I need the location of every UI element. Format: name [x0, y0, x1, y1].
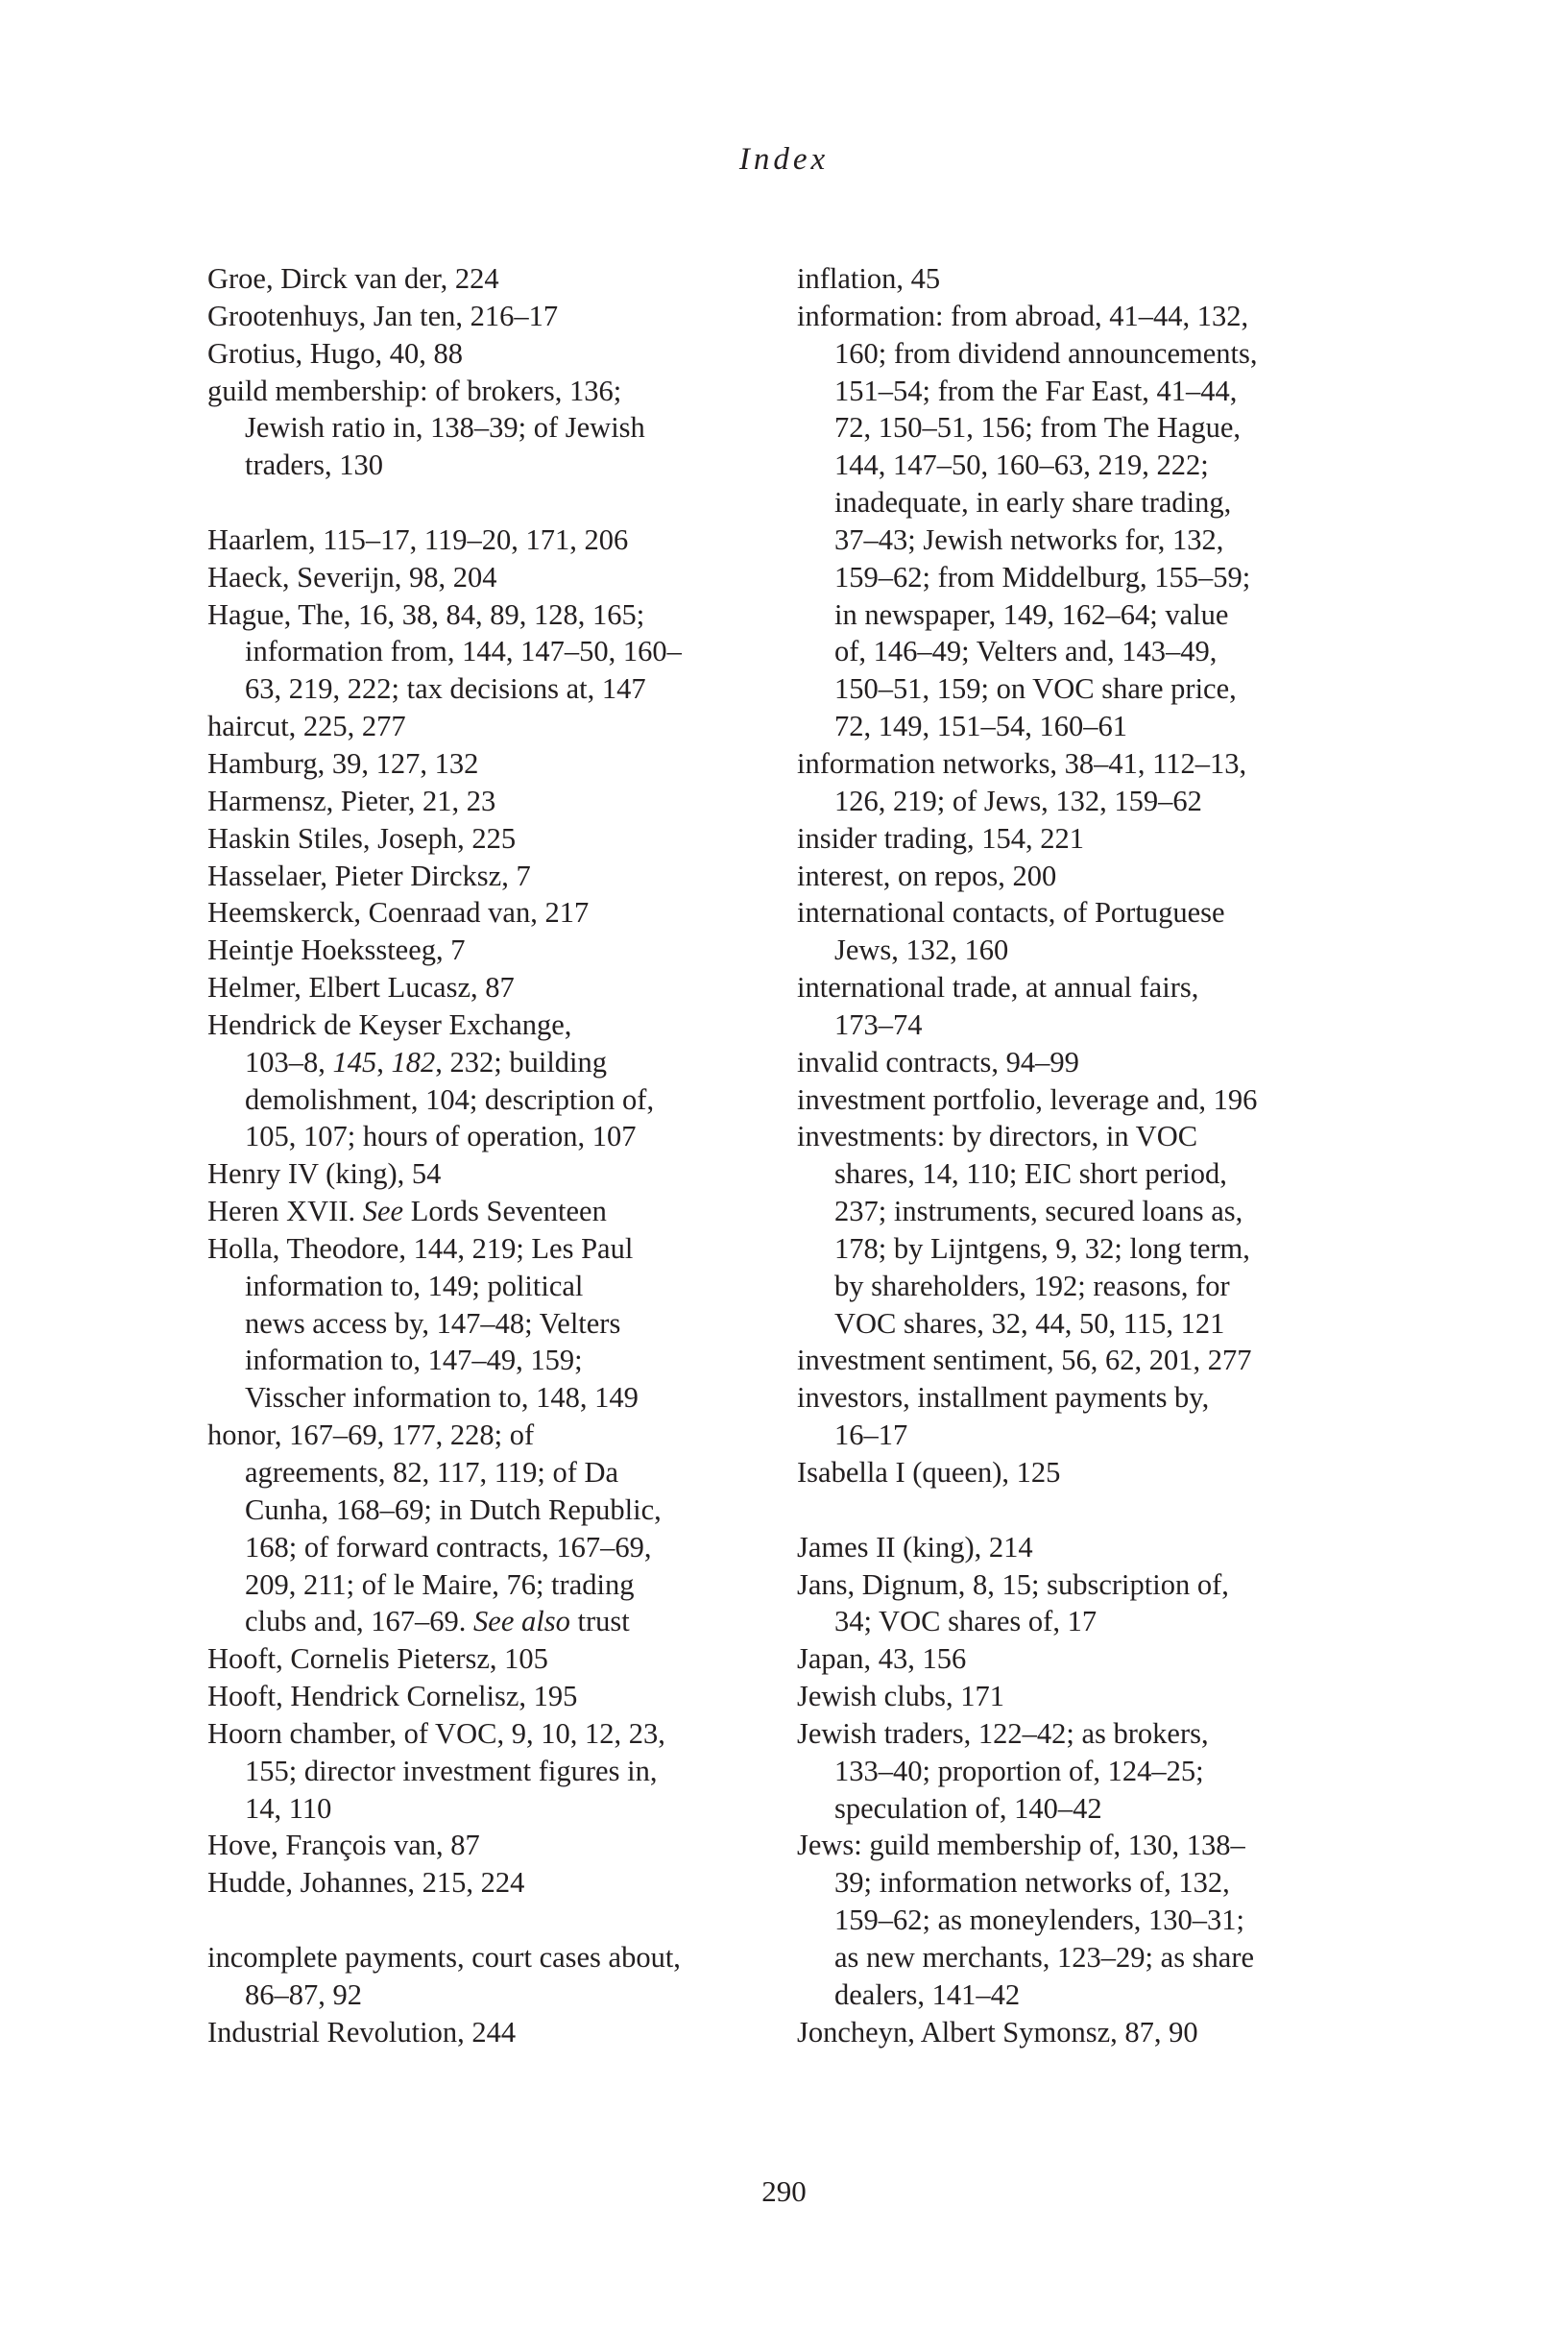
text: of, 146–49; Velters and, 143–49, — [834, 635, 1217, 667]
text: Hendrick de Keyser Exchange, — [207, 1008, 571, 1041]
text: Helmer, Elbert Lucasz, 87 — [207, 971, 515, 1004]
text: 178; by Lijntgens, 9, 32; long term, — [834, 1232, 1250, 1265]
index-entry-headword-line: Jewish clubs, 171 — [797, 1678, 1373, 1715]
text: incomplete payments, court cases about, — [207, 1941, 681, 1974]
text: 34; VOC shares of, 17 — [834, 1605, 1097, 1637]
index-column-right: inflation, 45information: from abroad, 4… — [797, 260, 1373, 2051]
index-entry: Helmer, Elbert Lucasz, 87 — [207, 969, 784, 1006]
index-entry: James II (king), 214 — [797, 1529, 1373, 1566]
index-entry-continuation-line: VOC shares, 32, 44, 50, 115, 121 — [797, 1305, 1373, 1343]
index-entry-headword-line: Hove, François van, 87 — [207, 1827, 784, 1864]
index-entry: Heren XVII. See Lords Seventeen — [207, 1193, 784, 1230]
index-entry: Isabella I (queen), 125 — [797, 1454, 1373, 1491]
index-entry: Hoorn chamber, of VOC, 9, 10, 12, 23,155… — [207, 1715, 784, 1828]
index-entry-continuation-line: 168; of forward contracts, 167–69, — [207, 1529, 784, 1566]
index-entry-continuation-line: 16–17 — [797, 1417, 1373, 1454]
index-entry-headword-line: Hooft, Hendrick Cornelisz, 195 — [207, 1678, 784, 1715]
index-entry-continuation-line: information to, 149; political — [207, 1268, 784, 1305]
text: , — [376, 1046, 391, 1079]
text: 159–62; from Middelburg, 155–59; — [834, 561, 1250, 594]
text: Harmensz, Pieter, 21, 23 — [207, 785, 495, 817]
index-entry-continuation-line: news access by, 147–48; Velters — [207, 1305, 784, 1343]
index-entry: information: from abroad, 41–44, 132,160… — [797, 298, 1373, 745]
index-entry: Jans, Dignum, 8, 15; subscription of,34;… — [797, 1566, 1373, 1641]
text: in newspaper, 149, 162–64; value — [834, 598, 1228, 631]
text: Hamburg, 39, 127, 132 — [207, 747, 478, 780]
index-entry-headword-line: Heren XVII. See Lords Seventeen — [207, 1193, 784, 1230]
text: 209, 211; of le Maire, 76; trading — [245, 1568, 634, 1601]
text: 159–62; as moneylenders, 130–31; — [834, 1903, 1244, 1936]
index-entry-headword-line: Helmer, Elbert Lucasz, 87 — [207, 969, 784, 1006]
text: 86–87, 92 — [245, 1978, 362, 2011]
index-entry-continuation-line: Jews, 132, 160 — [797, 932, 1373, 969]
index-entry: investment portfolio, leverage and, 196 — [797, 1081, 1373, 1119]
index-entry-headword-line: Grootenhuys, Jan ten, 216–17 — [207, 298, 784, 335]
index-entry: Grootenhuys, Jan ten, 216–17 — [207, 298, 784, 335]
text: trust — [570, 1605, 630, 1637]
italic-text: See — [363, 1195, 403, 1227]
index-entry: Jewish clubs, 171 — [797, 1678, 1373, 1715]
text: traders, 130 — [245, 449, 383, 481]
text: Hudde, Johannes, 215, 224 — [207, 1866, 524, 1899]
index-entry-continuation-line: shares, 14, 110; EIC short period, — [797, 1155, 1373, 1193]
text: 39; information networks of, 132, — [834, 1866, 1230, 1899]
index-entry-headword-line: Haskin Stiles, Joseph, 225 — [207, 820, 784, 858]
index-entry: international trade, at annual fairs,173… — [797, 969, 1373, 1044]
index-entry-continuation-line: 34; VOC shares of, 17 — [797, 1603, 1373, 1640]
text: 105, 107; hours of operation, 107 — [245, 1120, 636, 1152]
text: Haeck, Severijn, 98, 204 — [207, 561, 497, 594]
text: 126, 219; of Jews, 132, 159–62 — [834, 785, 1202, 817]
index-entry: Joncheyn, Albert Symonsz, 87, 90 — [797, 2014, 1373, 2051]
text: dealers, 141–42 — [834, 1978, 1020, 2011]
index-entry: haircut, 225, 277 — [207, 708, 784, 745]
text: Cunha, 168–69; in Dutch Republic, — [245, 1493, 662, 1526]
index-entry: Grotius, Hugo, 40, 88 — [207, 335, 784, 373]
index-entry-continuation-line: inadequate, in early share trading, — [797, 484, 1373, 521]
text: Jews, 132, 160 — [834, 934, 1008, 966]
index-entry-headword-line: invalid contracts, 94–99 — [797, 1044, 1373, 1081]
text: investments: by directors, in VOC — [797, 1120, 1197, 1152]
text: Hoorn chamber, of VOC, 9, 10, 12, 23, — [207, 1717, 665, 1750]
index-entry-continuation-line: 155; director investment figures in, — [207, 1753, 784, 1790]
index-entry-headword-line: Isabella I (queen), 125 — [797, 1454, 1373, 1491]
index-entry-headword-line: insider trading, 154, 221 — [797, 820, 1373, 858]
text: Lords Seventeen — [403, 1195, 607, 1227]
index-entry-continuation-line: Visscher information to, 148, 149 — [207, 1379, 784, 1417]
text: Jewish ratio in, 138–39; of Jewish — [245, 411, 645, 444]
text: , 232; building — [435, 1046, 607, 1079]
index-entry-continuation-line: 39; information networks of, 132, — [797, 1864, 1373, 1902]
index-entry: Japan, 43, 156 — [797, 1640, 1373, 1678]
text: Groe, Dirck van der, 224 — [207, 262, 499, 295]
italic-text: See also — [473, 1605, 570, 1637]
page-number: 290 — [0, 2172, 1568, 2211]
text: 150–51, 159; on VOC share price, — [834, 672, 1237, 705]
text: by shareholders, 192; reasons, for — [834, 1270, 1230, 1302]
text: 144, 147–50, 160–63, 219, 222; — [834, 449, 1209, 481]
text: 14, 110 — [245, 1792, 331, 1825]
index-entry: international contacts, of PortugueseJew… — [797, 894, 1373, 969]
index-entry: Haeck, Severijn, 98, 204 — [207, 559, 784, 596]
index-entry-headword-line: honor, 167–69, 177, 228; of — [207, 1417, 784, 1454]
running-head: Index — [0, 140, 1568, 179]
index-entry: Haskin Stiles, Joseph, 225 — [207, 820, 784, 858]
text: Heemskerck, Coenraad van, 217 — [207, 896, 589, 929]
text: Joncheyn, Albert Symonsz, 87, 90 — [797, 2016, 1198, 2049]
text: Haskin Stiles, Joseph, 225 — [207, 822, 516, 855]
index-entry-headword-line: Heemskerck, Coenraad van, 217 — [207, 894, 784, 932]
text: Heren XVII. — [207, 1195, 363, 1227]
text: Hasselaer, Pieter Dircksz, 7 — [207, 860, 531, 892]
text: Jewish clubs, 171 — [797, 1680, 1004, 1712]
text: Grootenhuys, Jan ten, 216–17 — [207, 300, 558, 332]
italic-text: 145 — [333, 1046, 377, 1079]
index-entry-continuation-line: 150–51, 159; on VOC share price, — [797, 670, 1373, 708]
index-entry-continuation-line: 159–62; from Middelburg, 155–59; — [797, 559, 1373, 596]
index-entry-headword-line: Groe, Dirck van der, 224 — [207, 260, 784, 298]
text: Haarlem, 115–17, 119–20, 171, 206 — [207, 523, 628, 556]
index-entry: Hudde, Johannes, 215, 224 — [207, 1864, 784, 1902]
index-entry: Jews: guild membership of, 130, 138–39; … — [797, 1827, 1373, 2013]
index-entry-continuation-line: 237; instruments, secured loans as, — [797, 1193, 1373, 1230]
index-entry-headword-line: Hooft, Cornelis Pietersz, 105 — [207, 1640, 784, 1678]
text: insider trading, 154, 221 — [797, 822, 1084, 855]
text: Isabella I (queen), 125 — [797, 1456, 1060, 1489]
index-entry: invalid contracts, 94–99 — [797, 1044, 1373, 1081]
index-entry-headword-line: haircut, 225, 277 — [207, 708, 784, 745]
index-entry-headword-line: Hasselaer, Pieter Dircksz, 7 — [207, 858, 784, 895]
text: inadequate, in early share trading, — [834, 486, 1231, 519]
index-entry: incomplete payments, court cases about,8… — [207, 1939, 784, 2014]
index-entry-continuation-line: 151–54; from the Far East, 41–44, — [797, 373, 1373, 410]
text: haircut, 225, 277 — [207, 710, 406, 742]
text: Hague, The, 16, 38, 84, 89, 128, 165; — [207, 598, 644, 631]
index-entry-headword-line: Hendrick de Keyser Exchange, — [207, 1006, 784, 1044]
index-entry-continuation-line: 72, 149, 151–54, 160–61 — [797, 708, 1373, 745]
index-entry-continuation-line: 103–8, 145, 182, 232; building — [207, 1044, 784, 1081]
index-entry-continuation-line: information to, 147–49, 159; — [207, 1342, 784, 1379]
index-entry-continuation-line: 126, 219; of Jews, 132, 159–62 — [797, 783, 1373, 820]
index-entry: insider trading, 154, 221 — [797, 820, 1373, 858]
text: 155; director investment figures in, — [245, 1755, 657, 1787]
index-entry-continuation-line: traders, 130 — [207, 447, 784, 484]
text: 72, 149, 151–54, 160–61 — [834, 710, 1127, 742]
index-entry-headword-line: guild membership: of brokers, 136; — [207, 373, 784, 410]
index-entry-headword-line: international contacts, of Portuguese — [797, 894, 1373, 932]
index-entry-continuation-line: 159–62; as moneylenders, 130–31; — [797, 1902, 1373, 1939]
index-entry: inflation, 45 — [797, 260, 1373, 298]
text: shares, 14, 110; EIC short period, — [834, 1157, 1227, 1190]
index-entry-headword-line: Heintje Hoekssteeg, 7 — [207, 932, 784, 969]
index-entry-continuation-line: 37–43; Jewish networks for, 132, — [797, 521, 1373, 559]
index-entry-headword-line: inflation, 45 — [797, 260, 1373, 298]
index-entry-headword-line: Jews: guild membership of, 130, 138– — [797, 1827, 1373, 1864]
text: 151–54; from the Far East, 41–44, — [834, 375, 1237, 407]
index-entry-continuation-line: of, 146–49; Velters and, 143–49, — [797, 633, 1373, 670]
letter-section-break — [207, 1902, 784, 1939]
index-entry-continuation-line: Jewish ratio in, 138–39; of Jewish — [207, 409, 784, 447]
index-entry-headword-line: Japan, 43, 156 — [797, 1640, 1373, 1678]
text: Jans, Dignum, 8, 15; subscription of, — [797, 1568, 1229, 1601]
text: Henry IV (king), 54 — [207, 1157, 441, 1190]
text: investment sentiment, 56, 62, 201, 277 — [797, 1344, 1252, 1376]
index-entry-headword-line: Hamburg, 39, 127, 132 — [207, 745, 784, 783]
text: inflation, 45 — [797, 262, 940, 295]
index-entry: honor, 167–69, 177, 228; ofagreements, 8… — [207, 1417, 784, 1640]
index-entry-continuation-line: 14, 110 — [207, 1790, 784, 1828]
text: Hooft, Cornelis Pietersz, 105 — [207, 1642, 548, 1675]
index-entry-headword-line: Haeck, Severijn, 98, 204 — [207, 559, 784, 596]
index-entry: Henry IV (king), 54 — [207, 1155, 784, 1193]
index-entry-continuation-line: 173–74 — [797, 1006, 1373, 1044]
index-entry: interest, on repos, 200 — [797, 858, 1373, 895]
text: information networks, 38–41, 112–13, — [797, 747, 1246, 780]
index-entry-headword-line: Hudde, Johannes, 215, 224 — [207, 1864, 784, 1902]
index-entry: Hamburg, 39, 127, 132 — [207, 745, 784, 783]
index-entry-continuation-line: in newspaper, 149, 162–64; value — [797, 596, 1373, 634]
index-entry: investments: by directors, in VOCshares,… — [797, 1118, 1373, 1342]
text: international contacts, of Portuguese — [797, 896, 1225, 929]
index-entry: Holla, Theodore, 144, 219; Les Paulinfor… — [207, 1230, 784, 1417]
index-entry-headword-line: Holla, Theodore, 144, 219; Les Paul — [207, 1230, 784, 1268]
index-entry: Haarlem, 115–17, 119–20, 171, 206 — [207, 521, 784, 559]
text: Visscher information to, 148, 149 — [245, 1381, 639, 1414]
text: clubs and, 167–69. — [245, 1605, 473, 1637]
index-entry-continuation-line: 178; by Lijntgens, 9, 32; long term, — [797, 1230, 1373, 1268]
text: agreements, 82, 117, 119; of Da — [245, 1456, 618, 1489]
text: interest, on repos, 200 — [797, 860, 1056, 892]
index-entry: guild membership: of brokers, 136;Jewish… — [207, 373, 784, 485]
index-entry-headword-line: investment sentiment, 56, 62, 201, 277 — [797, 1342, 1373, 1379]
index-entry: Hove, François van, 87 — [207, 1827, 784, 1864]
index-entry: Hague, The, 16, 38, 84, 89, 128, 165;inf… — [207, 596, 784, 709]
index-entry-continuation-line: 133–40; proportion of, 124–25; — [797, 1753, 1373, 1790]
text: Jewish traders, 122–42; as brokers, — [797, 1717, 1209, 1750]
index-entry-headword-line: investments: by directors, in VOC — [797, 1118, 1373, 1155]
index-entry-headword-line: incomplete payments, court cases about, — [207, 1939, 784, 1976]
text: information: from abroad, 41–44, 132, — [797, 300, 1248, 332]
index-entry: Heintje Hoekssteeg, 7 — [207, 932, 784, 969]
text: 168; of forward contracts, 167–69, — [245, 1531, 652, 1564]
index-entry-headword-line: Hague, The, 16, 38, 84, 89, 128, 165; — [207, 596, 784, 634]
index-entry: Hendrick de Keyser Exchange,103–8, 145, … — [207, 1006, 784, 1155]
index-entry-headword-line: information networks, 38–41, 112–13, — [797, 745, 1373, 783]
text: invalid contracts, 94–99 — [797, 1046, 1079, 1079]
index-entry-continuation-line: by shareholders, 192; reasons, for — [797, 1268, 1373, 1305]
text: James II (king), 214 — [797, 1531, 1033, 1564]
text: 37–43; Jewish networks for, 132, — [834, 523, 1223, 556]
index-entry-headword-line: investment portfolio, leverage and, 196 — [797, 1081, 1373, 1119]
text: 237; instruments, secured loans as, — [834, 1195, 1242, 1227]
index-entry-headword-line: Industrial Revolution, 244 — [207, 2014, 784, 2051]
index-entry-headword-line: Henry IV (king), 54 — [207, 1155, 784, 1193]
index-entry-continuation-line: agreements, 82, 117, 119; of Da — [207, 1454, 784, 1491]
index-entry: Industrial Revolution, 244 — [207, 2014, 784, 2051]
index-entry-headword-line: Jewish traders, 122–42; as brokers, — [797, 1715, 1373, 1753]
index-entry-headword-line: Hoorn chamber, of VOC, 9, 10, 12, 23, — [207, 1715, 784, 1753]
index-entry-continuation-line: dealers, 141–42 — [797, 1976, 1373, 2014]
text: 103–8, — [245, 1046, 333, 1079]
text: Jews: guild membership of, 130, 138– — [797, 1829, 1245, 1861]
text: 133–40; proportion of, 124–25; — [834, 1755, 1204, 1787]
index-entry-headword-line: interest, on repos, 200 — [797, 858, 1373, 895]
text: 173–74 — [834, 1008, 923, 1041]
index-entry-continuation-line: clubs and, 167–69. See also trust — [207, 1603, 784, 1640]
index-entry-continuation-line: as new merchants, 123–29; as share — [797, 1939, 1373, 1976]
text: information to, 147–49, 159; — [245, 1344, 583, 1376]
index-column-left: Groe, Dirck van der, 224Grootenhuys, Jan… — [207, 260, 784, 2051]
text: 72, 150–51, 156; from The Hague, — [834, 411, 1241, 444]
text: 63, 219, 222; tax decisions at, 147 — [245, 672, 646, 705]
index-entry-continuation-line: 86–87, 92 — [207, 1976, 784, 2014]
text: Holla, Theodore, 144, 219; Les Paul — [207, 1232, 633, 1265]
index-entry-continuation-line: information from, 144, 147–50, 160– — [207, 633, 784, 670]
index-entry: Hooft, Cornelis Pietersz, 105 — [207, 1640, 784, 1678]
index-entry-continuation-line: Cunha, 168–69; in Dutch Republic, — [207, 1491, 784, 1529]
index-entry: Hasselaer, Pieter Dircksz, 7 — [207, 858, 784, 895]
index-entry: Heemskerck, Coenraad van, 217 — [207, 894, 784, 932]
index-entry-continuation-line: 160; from dividend announcements, — [797, 335, 1373, 373]
text: investment portfolio, leverage and, 196 — [797, 1083, 1257, 1116]
text: Hooft, Hendrick Cornelisz, 195 — [207, 1680, 577, 1712]
text: investors, installment payments by, — [797, 1381, 1209, 1414]
text: Heintje Hoekssteeg, 7 — [207, 934, 466, 966]
index-entry: Harmensz, Pieter, 21, 23 — [207, 783, 784, 820]
text: Hove, François van, 87 — [207, 1829, 480, 1861]
letter-section-break — [207, 484, 784, 521]
index-entry-continuation-line: 209, 211; of le Maire, 76; trading — [207, 1566, 784, 1604]
index-entry-continuation-line: speculation of, 140–42 — [797, 1790, 1373, 1828]
text: demolishment, 104; description of, — [245, 1083, 654, 1116]
index-entry-headword-line: Harmensz, Pieter, 21, 23 — [207, 783, 784, 820]
text: 16–17 — [834, 1418, 907, 1451]
index-entry: Groe, Dirck van der, 224 — [207, 260, 784, 298]
text: information to, 149; political — [245, 1270, 583, 1302]
index-entry-continuation-line: 144, 147–50, 160–63, 219, 222; — [797, 447, 1373, 484]
text: VOC shares, 32, 44, 50, 115, 121 — [834, 1307, 1224, 1340]
index-entry-continuation-line: 72, 150–51, 156; from The Hague, — [797, 409, 1373, 447]
index-entry-continuation-line: demolishment, 104; description of, — [207, 1081, 784, 1119]
index-entry-headword-line: Joncheyn, Albert Symonsz, 87, 90 — [797, 2014, 1373, 2051]
italic-text: 182 — [392, 1046, 436, 1079]
index-entry: investment sentiment, 56, 62, 201, 277 — [797, 1342, 1373, 1379]
index-entry: investors, installment payments by,16–17 — [797, 1379, 1373, 1454]
index-entry-headword-line: information: from abroad, 41–44, 132, — [797, 298, 1373, 335]
text: Industrial Revolution, 244 — [207, 2016, 516, 2049]
index-entry-continuation-line: 105, 107; hours of operation, 107 — [207, 1118, 784, 1155]
text: Japan, 43, 156 — [797, 1642, 966, 1675]
text: speculation of, 140–42 — [834, 1792, 1102, 1825]
text: information from, 144, 147–50, 160– — [245, 635, 682, 667]
index-entry: Jewish traders, 122–42; as brokers,133–4… — [797, 1715, 1373, 1828]
text: honor, 167–69, 177, 228; of — [207, 1418, 534, 1451]
index-entry-headword-line: international trade, at annual fairs, — [797, 969, 1373, 1006]
index-entry-headword-line: Haarlem, 115–17, 119–20, 171, 206 — [207, 521, 784, 559]
text: international trade, at annual fairs, — [797, 971, 1198, 1004]
index-entry-headword-line: Grotius, Hugo, 40, 88 — [207, 335, 784, 373]
index-entry-headword-line: James II (king), 214 — [797, 1529, 1373, 1566]
letter-section-break — [797, 1491, 1373, 1529]
index-entry-continuation-line: 63, 219, 222; tax decisions at, 147 — [207, 670, 784, 708]
text: 160; from dividend announcements, — [834, 337, 1257, 370]
index-entry-headword-line: investors, installment payments by, — [797, 1379, 1373, 1417]
index-entry: Hooft, Hendrick Cornelisz, 195 — [207, 1678, 784, 1715]
text: guild membership: of brokers, 136; — [207, 375, 621, 407]
text: Grotius, Hugo, 40, 88 — [207, 337, 463, 370]
text: news access by, 147–48; Velters — [245, 1307, 620, 1340]
text: as new merchants, 123–29; as share — [834, 1941, 1254, 1974]
index-entry-headword-line: Jans, Dignum, 8, 15; subscription of, — [797, 1566, 1373, 1604]
index-entry: information networks, 38–41, 112–13,126,… — [797, 745, 1373, 820]
